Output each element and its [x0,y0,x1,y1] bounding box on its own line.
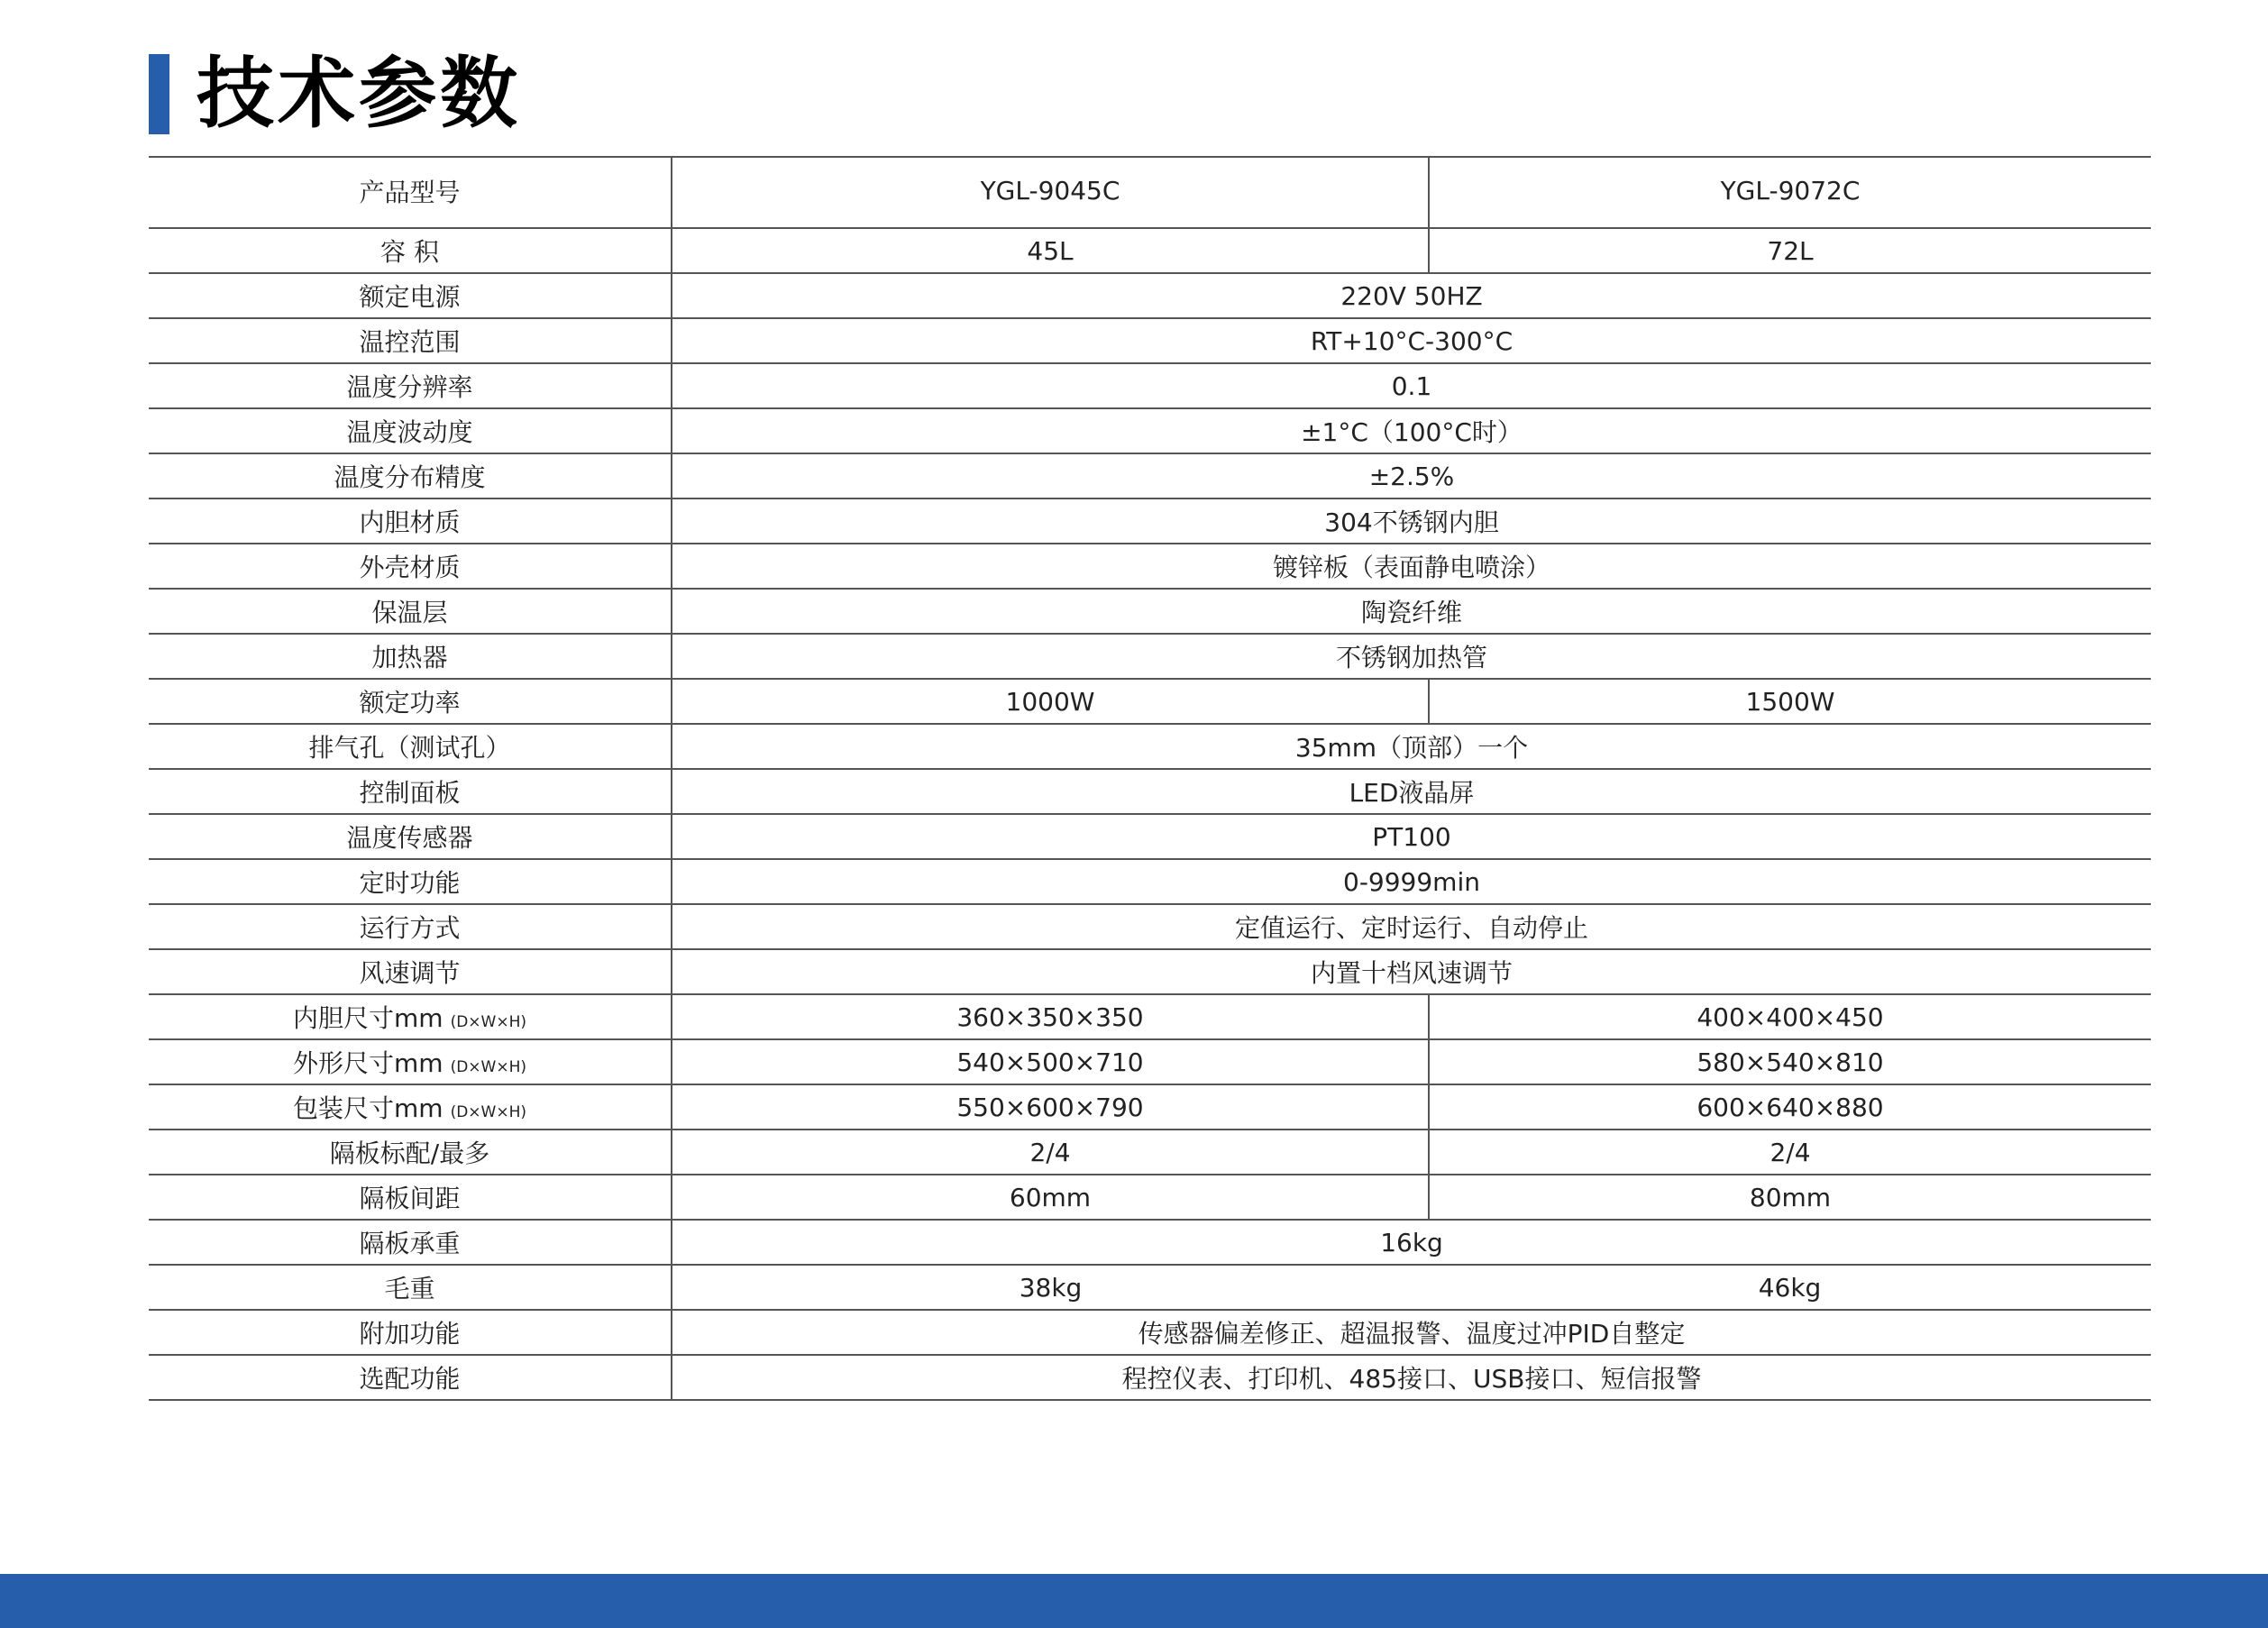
row-label: 隔板承重 [149,1220,672,1265]
row-label: 温度分辨率 [149,363,672,408]
row-label-text: 温度分布精度 [334,462,485,492]
row-label-text: 内胆尺寸mm [293,1003,444,1033]
value-model-b: 600×640×880 [1429,1084,2151,1130]
row-label: 外形尺寸mm(D×W×H) [149,1039,672,1084]
value-shared: 定值运行、定时运行、自动停止 [672,904,2151,949]
table-row: 额定功率1000W1500W [149,679,2151,724]
value-model-b: 46kg [1429,1265,2151,1310]
model-b: YGL-9072C [1429,157,2151,228]
row-label-text: 控制面板 [359,778,460,808]
value-model-a: 38kg [672,1265,1429,1310]
value-shared: RT+10°C-300°C [672,318,2151,363]
row-label: 温度波动度 [149,408,672,453]
row-label: 加热器 [149,634,672,679]
row-label-text: 温度波动度 [346,417,472,447]
row-label: 隔板间距 [149,1175,672,1220]
value-model-a: 540×500×710 [672,1039,1429,1084]
table-row: 隔板间距60mm80mm [149,1175,2151,1220]
table-row: 加热器不锈钢加热管 [149,634,2151,679]
row-label-text: 排气孔（测试孔） [308,733,510,763]
title-accent-bar [149,54,169,134]
row-label-text: 隔板承重 [359,1229,460,1258]
value-shared: 陶瓷纤维 [672,589,2151,634]
row-label-text: 定时功能 [359,868,460,898]
table-row: 定时功能0-9999min [149,859,2151,904]
row-label-unit: (D×W×H) [451,1103,526,1121]
row-label-text: 保温层 [371,598,447,627]
value-model-a: 550×600×790 [672,1084,1429,1130]
value-model-a: 1000W [672,679,1429,724]
table-row: 运行方式定值运行、定时运行、自动停止 [149,904,2151,949]
value-shared: 220V 50HZ [672,273,2151,318]
table-row: 外形尺寸mm(D×W×H)540×500×710580×540×810 [149,1039,2151,1084]
value-shared: 程控仪表、打印机、485接口、USB接口、短信报警 [672,1355,2151,1400]
table-header-row: 产品型号 YGL-9045C YGL-9072C [149,157,2151,228]
value-shared: LED液晶屏 [672,769,2151,814]
table-row: 温度波动度±1°C（100°C时） [149,408,2151,453]
row-label-text: 容 积 [380,237,439,267]
value-shared: ±1°C（100°C时） [672,408,2151,453]
row-label: 隔板标配/最多 [149,1130,672,1175]
row-label-text: 风速调节 [359,958,460,988]
row-label-text: 外形尺寸mm [293,1048,444,1078]
value-model-b: 80mm [1429,1175,2151,1220]
value-shared: 0-9999min [672,859,2151,904]
table-row: 排气孔（测试孔）35mm（顶部）一个 [149,724,2151,769]
table-row: 隔板承重16kg [149,1220,2151,1265]
value-model-b: 400×400×450 [1429,994,2151,1039]
value-model-a: 2/4 [672,1130,1429,1175]
value-shared: 内置十档风速调节 [672,949,2151,994]
row-label: 定时功能 [149,859,672,904]
section-heading: 技术参数 [149,53,521,134]
value-shared: ±2.5% [672,453,2151,498]
row-label: 额定功率 [149,679,672,724]
row-label-unit: (D×W×H) [451,1058,526,1076]
row-label: 温度传感器 [149,814,672,859]
spec-table: 产品型号 YGL-9045C YGL-9072C 容 积45L72L额定电源22… [149,156,2151,1401]
row-label: 附加功能 [149,1310,672,1355]
table-row: 外壳材质镀锌板（表面静电喷涂） [149,544,2151,589]
row-label: 内胆材质 [149,498,672,544]
value-model-b: 1500W [1429,679,2151,724]
table-row: 包装尺寸mm(D×W×H)550×600×790600×640×880 [149,1084,2151,1130]
value-shared: 镀锌板（表面静电喷涂） [672,544,2151,589]
value-shared: 35mm（顶部）一个 [672,724,2151,769]
row-label: 保温层 [149,589,672,634]
model-a: YGL-9045C [672,157,1429,228]
table-row: 温度传感器PT100 [149,814,2151,859]
value-model-a: 45L [672,228,1429,273]
table-row: 隔板标配/最多2/42/4 [149,1130,2151,1175]
row-label: 额定电源 [149,273,672,318]
row-label: 包装尺寸mm(D×W×H) [149,1084,672,1130]
page-title: 技术参数 [197,53,521,134]
row-label-text: 外壳材质 [359,553,460,582]
row-label-text: 运行方式 [359,913,460,943]
row-label-text: 加热器 [371,643,447,672]
row-label-text: 温控范围 [359,327,460,357]
header-label: 产品型号 [149,157,672,228]
table-row: 附加功能传感器偏差修正、超温报警、温度过冲PID自整定 [149,1310,2151,1355]
value-model-a: 360×350×350 [672,994,1429,1039]
row-label: 外壳材质 [149,544,672,589]
value-model-b: 2/4 [1429,1130,2151,1175]
row-label: 风速调节 [149,949,672,994]
row-label-unit: (D×W×H) [451,1013,526,1031]
value-shared: 304不锈钢内胆 [672,498,2151,544]
row-label-text: 隔板间距 [359,1184,460,1213]
table-row: 温控范围RT+10°C-300°C [149,318,2151,363]
row-label-text: 温度分辨率 [346,372,472,402]
row-label-text: 额定功率 [359,688,460,718]
row-label-text: 隔板标配/最多 [330,1139,489,1168]
row-label-text: 额定电源 [359,282,460,312]
row-label-text: 选配功能 [359,1364,460,1394]
table-row: 保温层陶瓷纤维 [149,589,2151,634]
row-label: 温度分布精度 [149,453,672,498]
table-row: 温度分辨率0.1 [149,363,2151,408]
row-label: 温控范围 [149,318,672,363]
footer-bar [0,1574,2268,1628]
row-label-text: 包装尺寸mm [293,1093,444,1123]
table-row: 温度分布精度±2.5% [149,453,2151,498]
row-label: 控制面板 [149,769,672,814]
row-label: 容 积 [149,228,672,273]
row-label-text: 毛重 [384,1274,434,1303]
value-model-b: 72L [1429,228,2151,273]
row-label: 运行方式 [149,904,672,949]
row-label: 选配功能 [149,1355,672,1400]
row-label-text: 内胆材质 [359,508,460,537]
value-shared: 0.1 [672,363,2151,408]
table-row: 内胆尺寸mm(D×W×H)360×350×350400×400×450 [149,994,2151,1039]
value-shared: 16kg [672,1220,2151,1265]
row-label-text: 温度传感器 [346,823,472,853]
row-label-text: 附加功能 [359,1319,460,1349]
row-label: 毛重 [149,1265,672,1310]
row-label: 内胆尺寸mm(D×W×H) [149,994,672,1039]
table-row: 内胆材质304不锈钢内胆 [149,498,2151,544]
table-row: 选配功能程控仪表、打印机、485接口、USB接口、短信报警 [149,1355,2151,1400]
table-row: 容 积45L72L [149,228,2151,273]
table-row: 控制面板LED液晶屏 [149,769,2151,814]
spec-sheet-page: 技术参数 产品型号 YGL-9045C YGL-9072C 容 积45L72L额… [0,0,2268,1628]
table-row: 额定电源220V 50HZ [149,273,2151,318]
value-shared: 传感器偏差修正、超温报警、温度过冲PID自整定 [672,1310,2151,1355]
value-model-b: 580×540×810 [1429,1039,2151,1084]
table-row: 毛重38kg46kg [149,1265,2151,1310]
row-label: 排气孔（测试孔） [149,724,672,769]
value-shared: PT100 [672,814,2151,859]
value-model-a: 60mm [672,1175,1429,1220]
value-shared: 不锈钢加热管 [672,634,2151,679]
table-row: 风速调节内置十档风速调节 [149,949,2151,994]
